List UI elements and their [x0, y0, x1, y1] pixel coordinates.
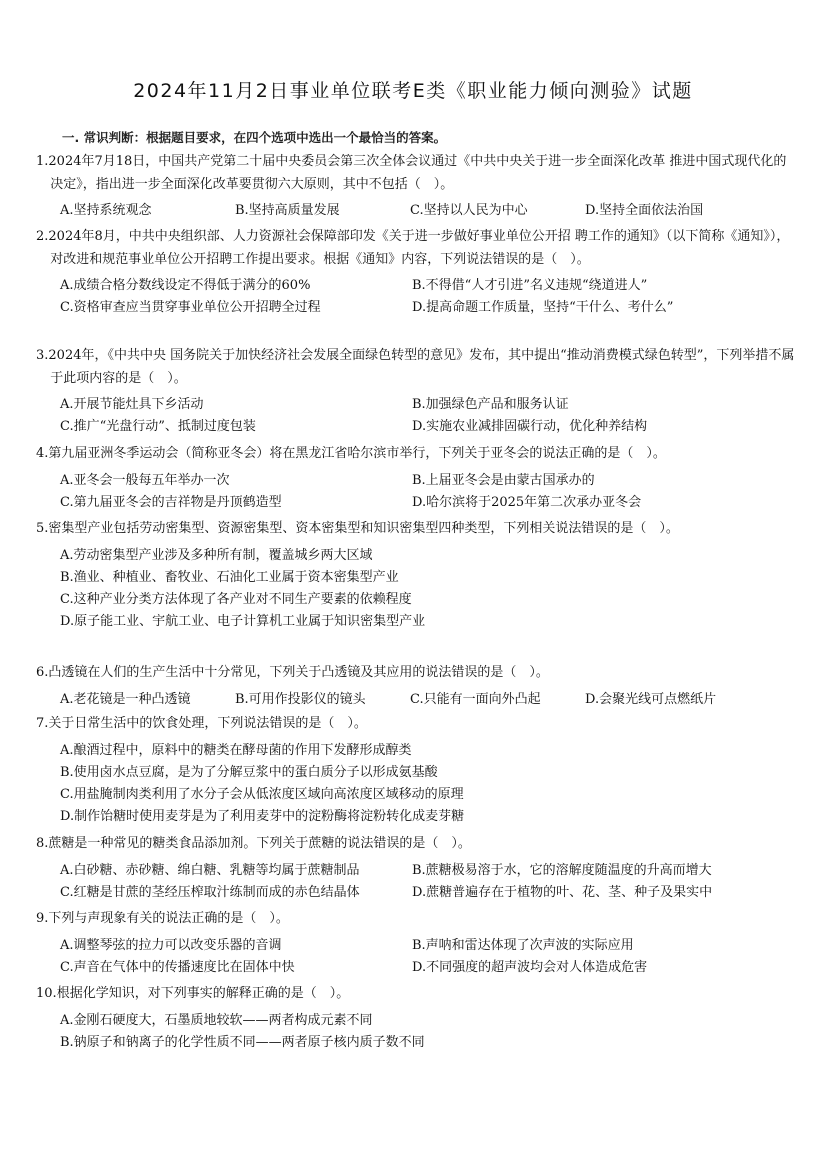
question-4: 4.第九届亚洲冬季运动会（简称亚冬会）将在黑龙江省哈尔滨市举行，下列关于亚冬会的… — [36, 443, 796, 514]
option-a: A.劳动密集型产业涉及多种所有制，覆盖城乡两大区域 — [60, 545, 373, 567]
question-stem: 3.2024年，《中共中央 国务院关于加快经济社会发展全面绿色转型的意见》发布，… — [36, 345, 796, 390]
question-number: 8. — [36, 836, 48, 851]
question-7: 7.关于日常生活中的饮食处理，下列说法错误的是（ ）。 A.酿酒过程中，原料中的… — [36, 713, 796, 828]
question-stem: 9.下列与声现象有关的说法正确的是（ ）。 — [36, 908, 796, 931]
option-b: B.坚持高质量发展 — [235, 200, 410, 222]
option-a: A.金刚石硬度大，石墨质地较软——两者构成元素不同 — [60, 1010, 373, 1032]
question-10: 10.根据化学知识，对下列事实的解释正确的是（ ）。 A.金刚石硬度大，石墨质地… — [36, 983, 796, 1054]
option-c: C.推广“光盘行动”、抵制过度包装 — [60, 416, 412, 438]
option-a: A.坚持系统观念 — [60, 200, 235, 222]
option-b: B.声呐和雷达体现了次声波的实际应用 — [412, 935, 764, 957]
option-a: A.老花镜是一种凸透镜 — [60, 689, 235, 711]
option-d: D.哈尔滨将于2025年第二次承办亚冬会 — [412, 492, 764, 514]
option-a: A.白砂糖、赤砂糖、绵白糖、乳糖等均属于蔗糖制品 — [60, 860, 412, 882]
option-b: B.不得借“人才引进”名义违规“绕道进人” — [412, 275, 764, 297]
option-a: A.开展节能灶具下乡活动 — [60, 394, 412, 416]
question-stem: 8.蔗糖是一种常见的糖类食品添加剂。下列关于蔗糖的说法错误的是（ ）。 — [36, 833, 796, 856]
question-number: 6. — [36, 665, 48, 680]
question-stem: 2.2024年8月，中共中央组织部、人力资源社会保障部印发《关于进一步做好事业单… — [36, 226, 796, 271]
option-d: D.坚持全面依法治国 — [585, 200, 760, 222]
option-b: B.加强绿色产品和服务认证 — [412, 394, 764, 416]
question-number: 1. — [36, 154, 48, 169]
option-d: D.蔗糖普遍存在于植物的叶、花、茎、种子及果实中 — [412, 882, 764, 904]
section-heading: 一. 常识判断：根据题目要求，在四个选项中选出一个最恰当的答案。 — [62, 128, 446, 146]
question-stem: 5.密集型产业包括劳动密集型、资源密集型、资本密集型和知识密集型四种类型，下列相… — [36, 518, 796, 541]
question-stem: 4.第九届亚洲冬季运动会（简称亚冬会）将在黑龙江省哈尔滨市举行，下列关于亚冬会的… — [36, 443, 796, 466]
option-c: C.只能有一面向外凸起 — [410, 689, 585, 711]
question-number: 4. — [36, 446, 48, 461]
option-d: D.实施农业减排固碳行动，优化种养结构 — [412, 416, 764, 438]
option-d: D.会聚光线可点燃纸片 — [585, 689, 760, 711]
option-a: A.调整琴弦的拉力可以改变乐器的音调 — [60, 935, 412, 957]
page-title: 2024年11月2日事业单位联考E类《职业能力倾向测验》试题 — [0, 76, 826, 103]
option-c: C.用盐腌制肉类利用了水分子会从低浓度区域向高浓度区域移动的原理 — [60, 784, 464, 806]
option-a: A.酿酒过程中，原料中的糖类在酵母菌的作用下发酵形成醇类 — [60, 740, 412, 762]
option-b: B.上届亚冬会是由蒙古国承办的 — [412, 470, 764, 492]
option-c: C.声音在气体中的传播速度比在固体中快 — [60, 957, 412, 979]
question-stem: 10.根据化学知识，对下列事实的解释正确的是（ ）。 — [36, 983, 796, 1006]
question-stem: 6.凸透镜在人们的生产生活中十分常见，下列关于凸透镜及其应用的说法错误的是（ ）… — [36, 662, 796, 685]
option-b: B.使用卤水点豆腐，是为了分解豆浆中的蛋白质分子以形成氨基酸 — [60, 762, 438, 784]
option-d: D.原子能工业、宇航工业、电子计算机工业属于知识密集型产业 — [60, 611, 425, 633]
option-c: C.第九届亚冬会的吉祥物是丹顶鹤造型 — [60, 492, 412, 514]
question-stem: 7.关于日常生活中的饮食处理，下列说法错误的是（ ）。 — [36, 713, 796, 736]
question-number: 2. — [36, 229, 48, 244]
question-3: 3.2024年，《中共中央 国务院关于加快经济社会发展全面绿色转型的意见》发布，… — [36, 345, 796, 438]
option-b: B.钠原子和钠离子的化学性质不同——两者原子核内质子数不同 — [60, 1032, 425, 1054]
option-c: C.这种产业分类方法体现了各产业对不同生产要素的依赖程度 — [60, 589, 412, 611]
option-c: C.坚持以人民为中心 — [410, 200, 585, 222]
option-b: B.渔业、种植业、畜牧业、石油化工业属于资本密集型产业 — [60, 567, 399, 589]
option-a: A.成绩合格分数线设定不得低于满分的60% — [60, 275, 412, 297]
question-1: 1.2024年7月18日，中国共产党第二十届中央委员会第三次全体会议通过《中共中… — [36, 151, 796, 222]
question-6: 6.凸透镜在人们的生产生活中十分常见，下列关于凸透镜及其应用的说法错误的是（ ）… — [36, 662, 796, 711]
option-a: A.亚冬会一般每五年举办一次 — [60, 470, 412, 492]
question-8: 8.蔗糖是一种常见的糖类食品添加剂。下列关于蔗糖的说法错误的是（ ）。 A.白砂… — [36, 833, 796, 904]
question-number: 10. — [36, 986, 57, 1001]
question-stem: 1.2024年7月18日，中国共产党第二十届中央委员会第三次全体会议通过《中共中… — [36, 151, 796, 196]
option-b: B.蔗糖极易溶于水，它的溶解度随温度的升高而增大 — [412, 860, 764, 882]
question-number: 7. — [36, 716, 48, 731]
option-c: C.资格审查应当贯穿事业单位公开招聘全过程 — [60, 297, 412, 319]
question-2: 2.2024年8月，中共中央组织部、人力资源社会保障部印发《关于进一步做好事业单… — [36, 226, 796, 319]
question-number: 5. — [36, 521, 48, 536]
option-c: C.红糖是甘蔗的茎经压榨取汁练制而成的赤色结晶体 — [60, 882, 412, 904]
question-9: 9.下列与声现象有关的说法正确的是（ ）。 A.调整琴弦的拉力可以改变乐器的音调… — [36, 908, 796, 979]
option-d: D.不同强度的超声波均会对人体造成危害 — [412, 957, 764, 979]
option-d: D.提高命题工作质量，坚持“干什么、考什么” — [412, 297, 764, 319]
question-5: 5.密集型产业包括劳动密集型、资源密集型、资本密集型和知识密集型四种类型，下列相… — [36, 518, 796, 633]
question-number: 9. — [36, 911, 48, 926]
question-number: 3. — [36, 348, 48, 363]
option-d: D.制作饴糖时使用麦芽是为了利用麦芽中的淀粉酶将淀粉转化成麦芽糖 — [60, 806, 464, 828]
option-b: B.可用作投影仪的镜头 — [235, 689, 410, 711]
